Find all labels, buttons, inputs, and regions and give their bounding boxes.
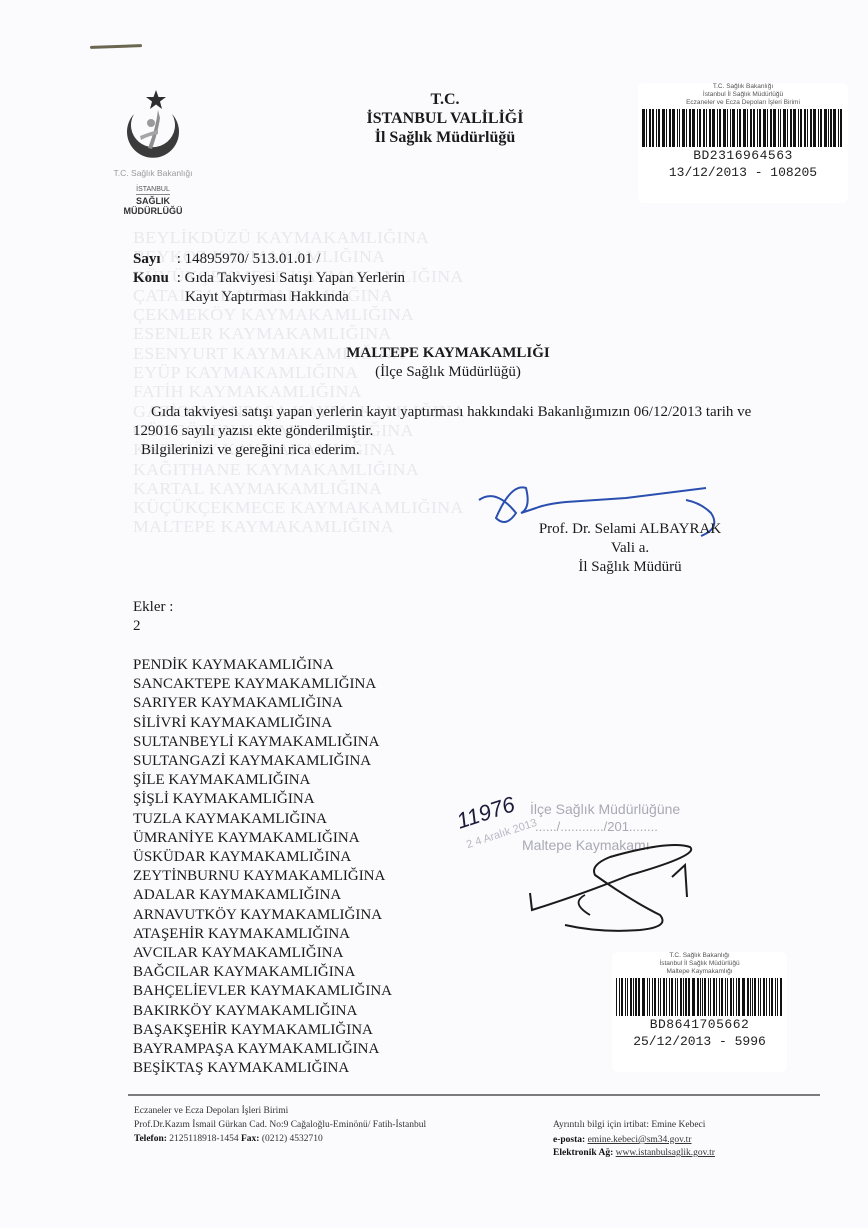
ghost-line: KARTAL KAYMAKAMLIĞINA	[133, 479, 465, 498]
distribution-item: ŞİŞLİ KAYMAKAMLIĞINA	[133, 790, 392, 809]
ghost-line: KÜÇÜKÇEKMECE KAYMAKAMLIĞINA	[133, 498, 465, 517]
distribution-item: SARIYER KAYMAKAMLIĞINA	[133, 694, 392, 713]
body-paragraph-2: Bilgilerinizi ve gereğini rica ederim.	[133, 441, 793, 460]
distribution-item: TUZLA KAYMAKAMLIĞINA	[133, 810, 392, 829]
footer-unit: Eczaneler ve Ecza Depoları İşleri Birimi	[134, 1104, 426, 1118]
footer-contact-person: Ayrıntılı bilgi için irtibat: Emine Kebe…	[553, 1119, 715, 1132]
distribution-item: ADALAR KAYMAKAMLIĞINA	[133, 886, 392, 905]
ghost-line: ÇEKMEKÖY KAYMAKAMLIĞINA	[133, 305, 465, 324]
konu-label: Konu	[133, 269, 173, 288]
signer-title2: İl Sağlık Müdürü	[520, 558, 740, 577]
barcode-date: 13/12/2013 - 108205	[638, 165, 848, 180]
pen-scribble-mark	[90, 44, 142, 49]
distribution-item: BAKIRKÖY KAYMAKAMLIĞINA	[133, 1002, 392, 1021]
document-meta: Sayı : 14895970/ 513.01.01 / Konu : Gıda…	[133, 250, 405, 307]
logo-unit-line2: MÜDÜRLÜĞÜ	[108, 206, 198, 216]
ghost-line: FATİH KAYMAKAMLIĞINA	[133, 382, 465, 401]
barcode-icon	[642, 109, 844, 147]
ghost-line: MALTEPE KAYMAKAMLIĞINA	[133, 517, 465, 536]
distribution-item: ZEYTİNBURNU KAYMAKAMLIĞINA	[133, 867, 392, 886]
konu-value-line2: Kayıt Yaptırması Hakkında	[133, 288, 405, 307]
addressee-sub: (İlçe Sağlık Müdürlüğü)	[300, 363, 596, 382]
logo-ministry-name: T.C. Sağlık Bakanlığı	[96, 168, 210, 178]
letter-body: Gıda takviyesi satışı yapan yerlerin kay…	[133, 403, 793, 460]
sayi-value: : 14895970/ 513.01.01 /	[177, 251, 321, 267]
signer-name: Prof. Dr. Selami ALBAYRAK	[520, 520, 740, 539]
footer-phone-fax: Telefon: 2125118918-1454 Fax: (0212) 453…	[134, 1132, 426, 1146]
ghost-line: ESENLER KAYMAKAMLIĞINA	[133, 324, 465, 343]
addressee-name: MALTEPE KAYMAKAMLIĞI	[300, 344, 596, 363]
barcode-date: 25/12/2013 - 5996	[612, 1034, 787, 1049]
crescent-star-figure-icon	[118, 88, 188, 166]
footer-divider	[128, 1094, 820, 1096]
handwritten-initials-icon	[520, 835, 710, 935]
sticker-org-line1: T.C. Sağlık Bakanlığı	[612, 952, 787, 960]
distribution-item: SULTANBEYLİ KAYMAKAMLIĞINA	[133, 733, 392, 752]
distribution-item: BAYRAMPAŞA KAYMAKAMLIĞINA	[133, 1040, 392, 1059]
attachments: Ekler : 2	[133, 598, 173, 636]
barcode-icon	[616, 978, 783, 1016]
letterhead-line1: T.C.	[300, 90, 590, 109]
email-link[interactable]: emine.kebeci@sm34.gov.tr	[588, 1135, 692, 1145]
logo-city: İSTANBUL	[136, 186, 170, 195]
body-paragraph-1: Gıda takviyesi satışı yapan yerlerin kay…	[133, 403, 793, 441]
footer-address: Eczaneler ve Ecza Depoları İşleri Birimi…	[134, 1104, 426, 1146]
distribution-item: PENDİK KAYMAKAMLIĞINA	[133, 656, 392, 675]
distribution-item: SANCAKTEPE KAYMAKAMLIĞINA	[133, 675, 392, 694]
sticker-org-line2: İstanbul İl Sağlık Müdürlüğü	[638, 91, 848, 99]
district-barcode-sticker: T.C. Sağlık Bakanlığı İstanbul İl Sağlık…	[612, 952, 787, 1072]
receipt-stamp-line1: İlçe Sağlık Müdürlüğüne	[510, 800, 680, 818]
sticker-org-line1: T.C. Sağlık Bakanlığı	[638, 83, 848, 91]
distribution-item: AVCILAR KAYMAKAMLIĞINA	[133, 944, 392, 963]
letterhead-line3: İl Sağlık Müdürlüğü	[300, 128, 590, 147]
barcode-number: BD2316964563	[638, 148, 848, 163]
distribution-item: ÜSKÜDAR KAYMAKAMLIĞINA	[133, 848, 392, 867]
letterhead: T.C. İSTANBUL VALİLİĞİ İl Sağlık Müdürlü…	[300, 90, 590, 147]
distribution-item: SİLİVRİ KAYMAKAMLIĞINA	[133, 714, 392, 733]
distribution-item: ŞİLE KAYMAKAMLIĞINA	[133, 771, 392, 790]
distribution-item: SULTANGAZİ KAYMAKAMLIĞINA	[133, 752, 392, 771]
footer-street: Prof.Dr.Kazım İsmail Gürkan Cad. No:9 Ca…	[134, 1118, 426, 1132]
ghost-line: BEYLİKDÜZÜ KAYMAKAMLIĞINA	[133, 228, 465, 247]
distribution-item: ÜMRANİYE KAYMAKAMLIĞINA	[133, 829, 392, 848]
sayi-label: Sayı	[133, 250, 173, 269]
konu-value-line1: : Gıda Takviyesi Satışı Yapan Yerlerin	[177, 270, 405, 286]
distribution-item: ATAŞEHİR KAYMAKAMLIĞINA	[133, 925, 392, 944]
logo-unit-line1: SAĞLIK	[108, 196, 198, 206]
distribution-item: ARNAVUTKÖY KAYMAKAMLIĞINA	[133, 906, 392, 925]
signer-title1: Vali a.	[520, 539, 740, 558]
ghost-line: KAĞITHANE KAYMAKAMLIĞINA	[133, 460, 465, 479]
sticker-org-line3: Eczaneler ve Ecza Depoları İşleri Birimi	[638, 99, 848, 107]
distribution-item: BAŞAKŞEHİR KAYMAKAMLIĞINA	[133, 1021, 392, 1040]
signer-block: Prof. Dr. Selami ALBAYRAK Vali a. İl Sağ…	[520, 520, 740, 577]
distribution-item: BAĞCILAR KAYMAKAMLIĞINA	[133, 963, 392, 982]
attachments-label: Ekler :	[133, 598, 173, 617]
barcode-number: BD8641705662	[612, 1017, 787, 1032]
sticker-org-line3: Maltepe Kaymakamlığı	[612, 968, 787, 976]
distribution-list: PENDİK KAYMAKAMLIĞINASANCAKTEPE KAYMAKAM…	[133, 656, 392, 1078]
distribution-item: BEŞİKTAŞ KAYMAKAMLIĞINA	[133, 1059, 392, 1078]
incoming-barcode-sticker: T.C. Sağlık Bakanlığı İstanbul İl Sağlık…	[638, 83, 848, 203]
footer-contact: Ayrıntılı bilgi için irtibat: Emine Kebe…	[553, 1119, 715, 1160]
attachments-count: 2	[133, 617, 173, 636]
ministry-logo: T.C. Sağlık Bakanlığı İSTANBUL SAĞLIK MÜ…	[108, 88, 198, 208]
sticker-org-line2: İstanbul İl Sağlık Müdürlüğü	[612, 960, 787, 968]
website-link[interactable]: www.istanbulsaglik.gov.tr	[616, 1148, 715, 1158]
addressee: MALTEPE KAYMAKAMLIĞI (İlçe Sağlık Müdürl…	[300, 344, 596, 382]
distribution-item: BAHÇELİEVLER KAYMAKAMLIĞINA	[133, 982, 392, 1001]
letterhead-line2: İSTANBUL VALİLİĞİ	[300, 109, 590, 128]
